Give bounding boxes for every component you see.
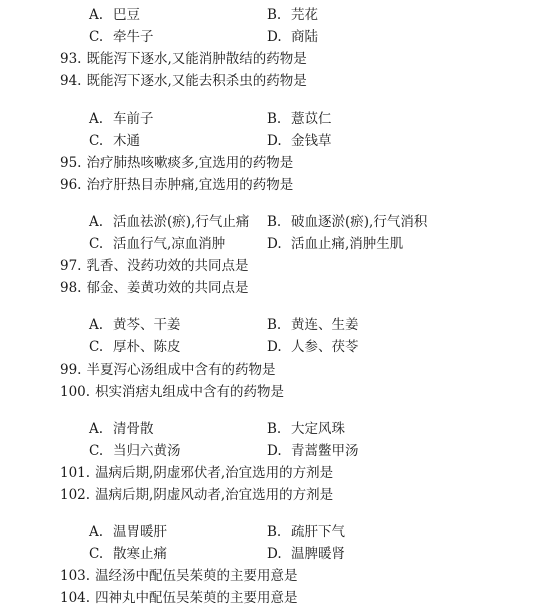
option-text: 活血祛淤(瘀),行气止痛 (113, 214, 249, 230)
question-stem: 96.治疗肝热目赤肿痛,宜选用的药物是 (60, 176, 293, 194)
option-text: 商陆 (291, 29, 318, 45)
option-b: B.疏肝下气 (267, 523, 345, 541)
option-b: B.芫花 (267, 6, 318, 24)
option-d: D.温脾暖肾 (267, 545, 345, 563)
option-text: 木通 (113, 133, 140, 149)
question-text: 既能泻下逐水,又能消肿散结的药物是 (86, 51, 306, 67)
option-a: A.活血祛淤(瘀),行气止痛 (89, 213, 249, 231)
option-text: 温脾暖肾 (291, 546, 345, 562)
option-text: 温胃暖肝 (113, 524, 167, 540)
question-stem: 100.枳实消痞丸组成中含有的药物是 (60, 383, 284, 401)
question-number: 97. (60, 257, 81, 275)
option-text: 巴豆 (113, 7, 140, 23)
question-number: 103. (60, 567, 90, 585)
option-letter: B. (267, 110, 287, 128)
option-letter: B. (267, 6, 287, 24)
option-a: A.车前子 (89, 110, 154, 128)
option-text: 芫花 (291, 7, 318, 23)
question-stem: 104.四神丸中配伍吴茱萸的主要用意是 (60, 589, 298, 607)
option-letter: D. (267, 28, 287, 46)
option-text: 车前子 (113, 111, 154, 127)
option-d: D.金钱草 (267, 132, 332, 150)
option-letter: D. (267, 545, 287, 563)
option-text: 疏肝下气 (291, 524, 345, 540)
question-stem: 98.郁金、姜黄功效的共同点是 (60, 279, 248, 297)
option-text: 散寒止痛 (113, 546, 167, 562)
question-text: 郁金、姜黄功效的共同点是 (86, 280, 248, 296)
option-letter: C. (89, 235, 109, 253)
option-d: D.人参、茯苓 (267, 338, 359, 356)
option-letter: A. (89, 316, 109, 334)
option-d: D.青蒿鳖甲汤 (267, 442, 359, 460)
option-text: 厚朴、陈皮 (113, 339, 181, 355)
option-d: D.活血止痛,消肿生肌 (267, 235, 403, 253)
question-text: 枳实消痞丸组成中含有的药物是 (95, 384, 284, 400)
question-number: 94. (60, 72, 81, 90)
option-letter: C. (89, 545, 109, 563)
option-letter: A. (89, 6, 109, 24)
question-text: 温病后期,阴虚邪伏者,治宜选用的方剂是 (95, 465, 333, 481)
question-text: 四神丸中配伍吴茱萸的主要用意是 (95, 590, 298, 606)
option-letter: B. (267, 213, 287, 231)
option-text: 清骨散 (113, 421, 154, 437)
option-c: C.当归六黄汤 (89, 442, 181, 460)
option-text: 牵牛子 (113, 29, 154, 45)
question-text: 治疗肝热目赤肿痛,宜选用的药物是 (86, 177, 293, 193)
option-a: A.巴豆 (89, 6, 140, 24)
option-letter: A. (89, 110, 109, 128)
question-number: 102. (60, 486, 90, 504)
option-text: 大定风珠 (291, 421, 345, 437)
option-letter: B. (267, 420, 287, 438)
option-letter: C. (89, 28, 109, 46)
question-number: 98. (60, 279, 81, 297)
option-letter: D. (267, 338, 287, 356)
option-text: 人参、茯苓 (291, 339, 359, 355)
option-letter: C. (89, 442, 109, 460)
question-text: 既能泻下逐水,又能去积杀虫的药物是 (86, 73, 306, 89)
option-c: C.活血行气,凉血消肿 (89, 235, 225, 253)
question-stem: 102.温病后期,阴虚风动者,治宜选用的方剂是 (60, 486, 333, 504)
option-a: A.温胃暖肝 (89, 523, 167, 541)
question-text: 半夏泻心汤组成中含有的药物是 (86, 362, 275, 378)
option-b: B.大定风珠 (267, 420, 345, 438)
question-text: 温经汤中配伍吴茱萸的主要用意是 (95, 568, 298, 584)
question-number: 96. (60, 176, 81, 194)
option-text: 活血止痛,消肿生肌 (291, 236, 403, 252)
option-a: A.黄芩、干姜 (89, 316, 181, 334)
question-number: 101. (60, 464, 90, 482)
option-c: C.厚朴、陈皮 (89, 338, 181, 356)
option-letter: A. (89, 523, 109, 541)
question-text: 温病后期,阴虚风动者,治宜选用的方剂是 (95, 487, 333, 503)
question-stem: 97.乳香、没药功效的共同点是 (60, 257, 248, 275)
option-text: 活血行气,凉血消肿 (113, 236, 225, 252)
option-b: B.破血逐淤(瘀),行气消积 (267, 213, 427, 231)
option-letter: D. (267, 235, 287, 253)
option-a: A.清骨散 (89, 420, 154, 438)
question-number: 104. (60, 589, 90, 607)
option-letter: A. (89, 420, 109, 438)
question-number: 95. (60, 154, 81, 172)
question-stem: 101.温病后期,阴虚邪伏者,治宜选用的方剂是 (60, 464, 333, 482)
option-letter: D. (267, 132, 287, 150)
question-stem: 95.治疗肺热咳嗽痰多,宜选用的药物是 (60, 154, 293, 172)
option-text: 薏苡仁 (291, 111, 332, 127)
question-text: 治疗肺热咳嗽痰多,宜选用的药物是 (86, 155, 293, 171)
option-c: C.牵牛子 (89, 28, 154, 46)
question-stem: 94.既能泻下逐水,又能去积杀虫的药物是 (60, 72, 307, 90)
question-number: 100. (60, 383, 90, 401)
option-letter: C. (89, 338, 109, 356)
question-stem: 103.温经汤中配伍吴茱萸的主要用意是 (60, 567, 298, 585)
option-c: C.散寒止痛 (89, 545, 167, 563)
option-letter: B. (267, 523, 287, 541)
option-letter: D. (267, 442, 287, 460)
question-stem: 99.半夏泻心汤组成中含有的药物是 (60, 361, 275, 379)
option-d: D.商陆 (267, 28, 318, 46)
option-text: 金钱草 (291, 133, 332, 149)
question-stem: 93.既能泻下逐水,又能消肿散结的药物是 (60, 50, 307, 68)
option-letter: C. (89, 132, 109, 150)
option-text: 青蒿鳖甲汤 (291, 443, 359, 459)
option-c: C.木通 (89, 132, 140, 150)
option-b: B.黄连、生姜 (267, 316, 359, 334)
question-number: 93. (60, 50, 81, 68)
option-text: 破血逐淤(瘀),行气消积 (291, 214, 427, 230)
option-text: 黄芩、干姜 (113, 317, 181, 333)
option-text: 当归六黄汤 (113, 443, 181, 459)
question-number: 99. (60, 361, 81, 379)
question-text: 乳香、没药功效的共同点是 (86, 258, 248, 274)
option-letter: A. (89, 213, 109, 231)
option-b: B.薏苡仁 (267, 110, 332, 128)
option-text: 黄连、生姜 (291, 317, 359, 333)
option-letter: B. (267, 316, 287, 334)
